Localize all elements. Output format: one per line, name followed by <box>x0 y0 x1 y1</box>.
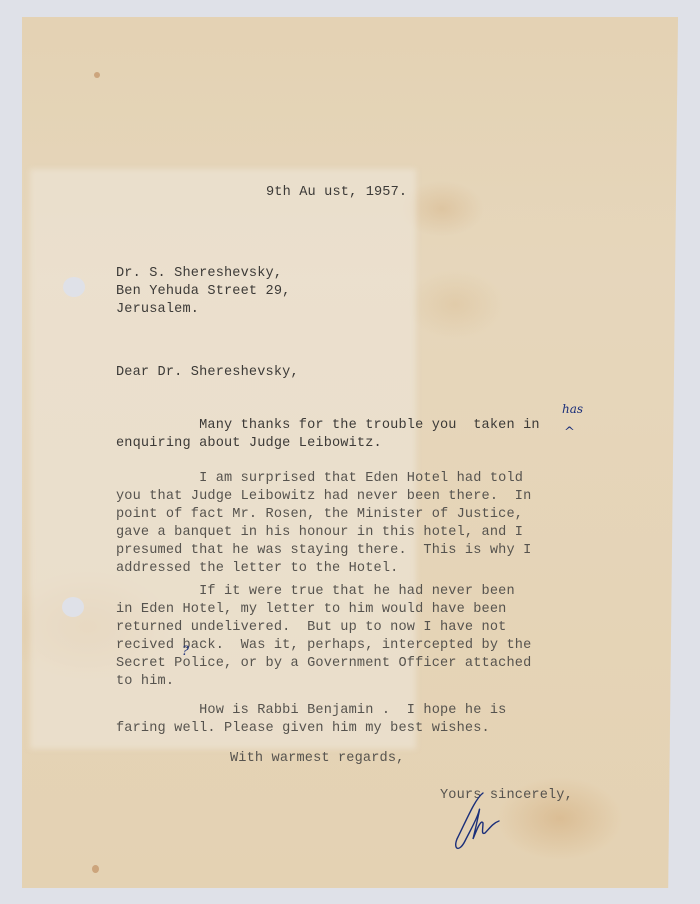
paragraph-line: in Eden Hotel, my letter to him would ha… <box>116 601 506 618</box>
paragraph-line: Many thanks for the trouble you taken in <box>116 417 540 434</box>
recipient-city: Jerusalem. <box>116 301 199 318</box>
recipient-name: Dr. S. Shereshevsky, <box>116 265 282 282</box>
paragraph-line: enquiring about Judge Leibowitz. <box>116 435 382 452</box>
recipient-street: Ben Yehuda Street 29, <box>116 283 290 300</box>
paragraph-line: If it were true that he had never been <box>116 583 515 600</box>
paragraph-line: returned undelivered. But up to now I ha… <box>116 619 506 636</box>
paragraph-line: you that Judge Leibowitz had never been … <box>116 488 531 505</box>
signature-icon <box>447 789 517 859</box>
paragraph-line: I am surprised that Eden Hotel had told <box>116 470 523 487</box>
paragraph-line: presumed that he was staying there. This… <box>116 542 531 559</box>
stain <box>92 865 99 873</box>
paragraph-line: point of fact Mr. Rosen, the Minister of… <box>116 506 523 523</box>
paragraph-line: faring well. Please given him my best wi… <box>116 720 490 737</box>
caret-mark: ^ <box>564 425 575 440</box>
letter-date: 9th Au ust, 1957. <box>266 184 407 201</box>
stain <box>94 72 100 78</box>
punch-hole-bottom <box>62 597 84 617</box>
paragraph-line: Secret Police, or by a Government Office… <box>116 655 531 672</box>
handwritten-question-mark: ? <box>182 644 189 659</box>
handwritten-insertion: has <box>562 402 583 416</box>
paragraph-line: How is Rabbi Benjamin . I hope he is <box>116 702 506 719</box>
paragraph-line: addressed the letter to the Hotel. <box>116 560 398 577</box>
paragraph-line: gave a banquet in his honour in this hot… <box>116 524 523 541</box>
paragraph-line: to him. <box>116 673 174 690</box>
closing: With warmest regards, <box>230 750 404 767</box>
punch-hole-top <box>63 277 85 297</box>
paragraph-line: recived back. Was it, perhaps, intercept… <box>116 637 531 654</box>
salutation: Dear Dr. Shereshevsky, <box>116 364 299 381</box>
letter-page: 9th Au ust, 1957. Dr. S. Shereshevsky, B… <box>22 17 678 888</box>
